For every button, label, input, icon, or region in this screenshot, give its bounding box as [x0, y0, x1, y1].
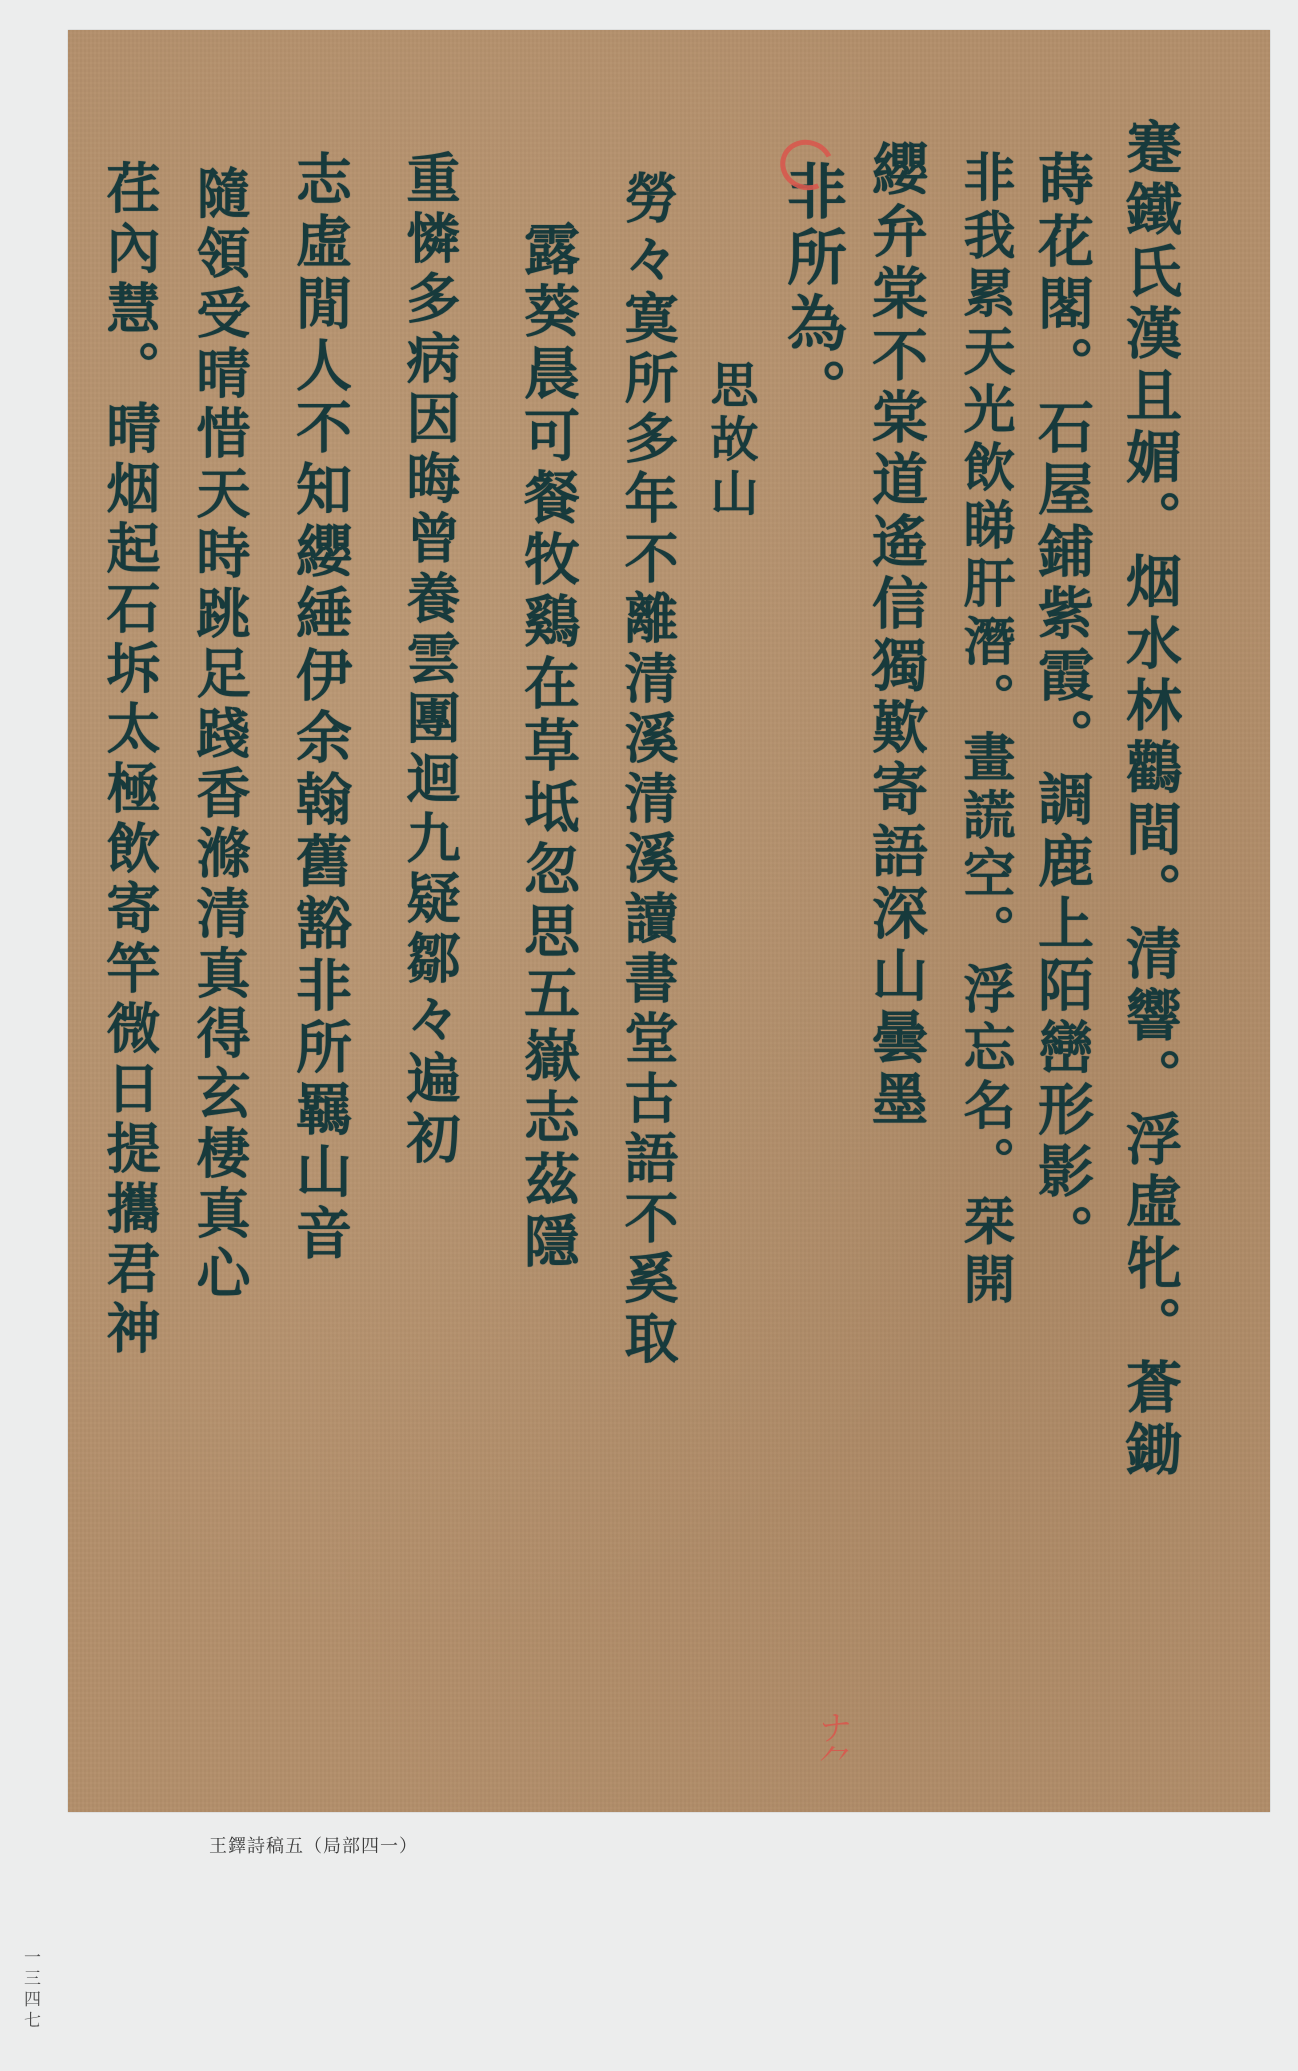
calligraphy-columns: 蹇鐵氏漢且媚。烟水林鸛間。清響。浮虛牝。蒼鋤蒔花閣。石屋鋪紫霞。調鹿上陌巒形影。…	[68, 30, 1270, 1812]
calligraphy-column: 纓弁棠不棠道遙信獨歎寄語深山曇墨	[868, 140, 924, 1132]
calligraphy-column: 志虛閒人不知纓綞伊余翰舊豁非所羈山音	[292, 150, 348, 1266]
calligraphy-column: 蒔花閣。石屋鋪紫霞。調鹿上陌巒形影。	[1034, 150, 1090, 1266]
figure-caption: 王鐸詩稿五（局部四一）	[209, 1832, 418, 1858]
manuscript-paper: 蹇鐵氏漢且媚。烟水林鸛間。清響。浮虛牝。蒼鋤蒔花閣。石屋鋪紫霞。調鹿上陌巒形影。…	[68, 30, 1270, 1812]
page-number: 一三四七	[18, 1948, 43, 2032]
calligraphy-column: 重憐多病因晦曾養雲團迴九疑鄒々遍初	[403, 150, 457, 1170]
calligraphy-column: 勞々寞所多年不離清溪清溪讀書堂古語不奚取	[621, 170, 675, 1370]
red-seal-mark: ナ⺈	[808, 1710, 857, 1778]
calligraphy-column: 露葵晨可餐牧鷄在草坻忽思五嶽志茲隱	[520, 220, 576, 1274]
calligraphy-column: 蹇鐵氏漢且媚。烟水林鸛間。清響。浮虛牝。蒼鋤	[1122, 118, 1178, 1482]
calligraphy-column: 隨領受晴惜天時跳足踐香滌清真得玄棲真心	[193, 165, 247, 1305]
calligraphy-column: 非我累天光飲睇肝潛。畫謊空。浮忘名。栞開	[958, 150, 1010, 1310]
calligraphy-column: 荏內慧。晴烟起石坼太極飲寄竿微日提攜君神	[103, 160, 157, 1360]
calligraphy-column: 思故山	[706, 360, 754, 522]
calligraphy-column: 非所為。	[782, 160, 842, 424]
